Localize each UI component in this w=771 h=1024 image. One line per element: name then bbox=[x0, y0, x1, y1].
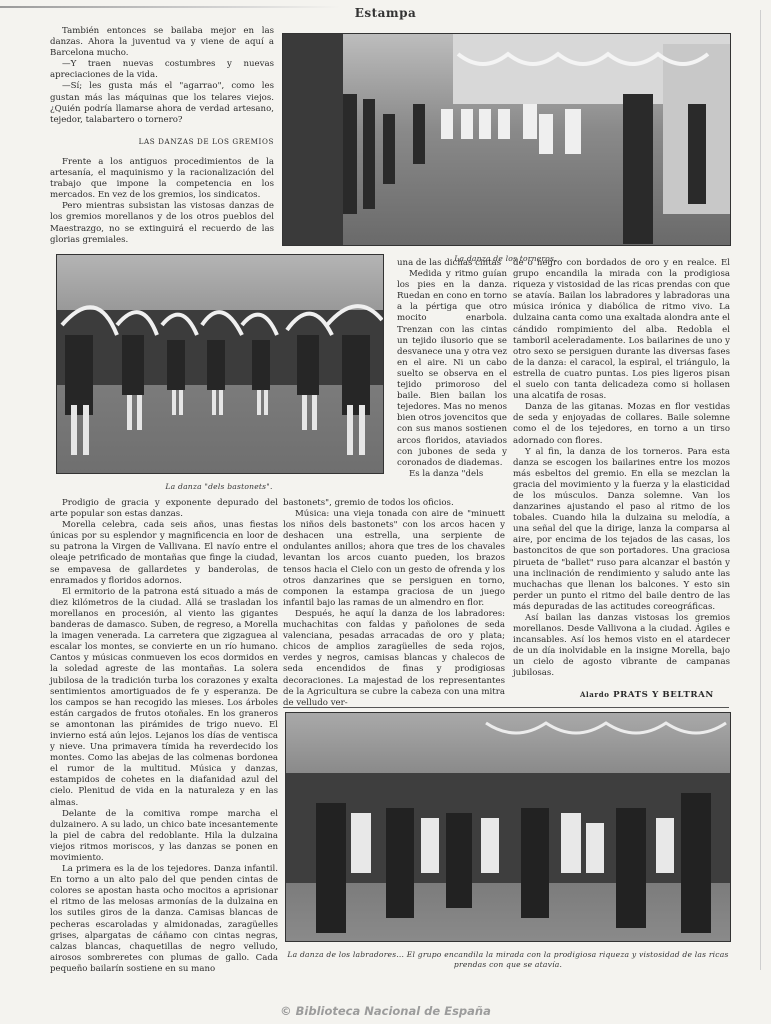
masthead-title: Estampa bbox=[0, 6, 771, 20]
column-mid-bottom: bastonets", gremio de todos los oficios.… bbox=[283, 498, 505, 709]
paragraph: bastonets", gremio de todos los oficios. bbox=[283, 498, 505, 509]
paragraph: Es la danza "dels bbox=[397, 469, 507, 480]
paragraph: También entonces se bailaba mejor en las… bbox=[50, 26, 274, 59]
paragraph: Música: una vieja tonada con aire de "mi… bbox=[283, 509, 505, 609]
paragraph: Delante de la comitiva rompe marcha el d… bbox=[50, 809, 278, 864]
photo-labradores bbox=[285, 712, 731, 942]
column-left-bottom: Prodigio de gracia y exponente depurado … bbox=[50, 498, 278, 975]
paragraph: Frente a los antiguos procedimientos de … bbox=[50, 157, 274, 201]
paragraph: Así bailan las danzas vistosas los gremi… bbox=[513, 613, 730, 680]
paragraph: —Y traen nuevas costumbres y nuevas apre… bbox=[50, 59, 274, 81]
photo-torneros bbox=[282, 33, 731, 246]
paragraph: Medida y ritmo guían los pies en la danz… bbox=[397, 269, 507, 469]
paragraph: La primera es la de los tejedores. Danza… bbox=[50, 864, 278, 975]
photo-torneros-image bbox=[283, 34, 730, 245]
paragraph: Y al fin, la danza de los torneros. Para… bbox=[513, 447, 730, 613]
paragraph: —Sí; les gusta más el "agarrao", como le… bbox=[50, 81, 274, 125]
author-last-name: PRATS Y BELTRAN bbox=[613, 690, 714, 700]
column-mid-narrow: una de las dichas cintas Medida y ritmo … bbox=[397, 258, 507, 480]
paragraph: Después, he aquí la danza de los labrado… bbox=[283, 609, 505, 709]
author-first-name: Alardo bbox=[580, 690, 609, 699]
paragraph: Prodigio de gracia y exponente depurado … bbox=[50, 498, 278, 520]
author-signature: Alardo PRATS Y BELTRAN bbox=[580, 690, 714, 700]
paragraph: Pero mientras subsistan las vistosas dan… bbox=[50, 201, 274, 245]
column-left-top: También entonces se bailaba mejor en las… bbox=[50, 26, 274, 246]
divider bbox=[283, 707, 729, 708]
photo-labradores-image bbox=[286, 713, 730, 941]
photo-bastonets bbox=[56, 254, 384, 474]
photo-caption-labradores: La danza de los labradores... El grupo e… bbox=[283, 950, 733, 970]
column-right: de o negro con bordados de oro y en real… bbox=[513, 258, 730, 680]
library-watermark: © Biblioteca Nacional de España bbox=[0, 1004, 771, 1018]
page-edge-right bbox=[760, 10, 761, 970]
paragraph: una de las dichas cintas bbox=[397, 258, 507, 269]
paragraph: El ermitorio de la patrona está situado … bbox=[50, 587, 278, 809]
photo-caption-bastonets: La danza "dels bastonets". bbox=[56, 482, 382, 491]
paragraph: Morella celebra, cada seis años, unas fi… bbox=[50, 520, 278, 587]
section-heading: LAS DANZAS DE LOS GREMIOS bbox=[50, 136, 274, 147]
paragraph: Danza de las gitanas. Mozas en flor vest… bbox=[513, 402, 730, 446]
photo-bastonets-image bbox=[57, 255, 383, 473]
paragraph: de o negro con bordados de oro y en real… bbox=[513, 258, 730, 402]
